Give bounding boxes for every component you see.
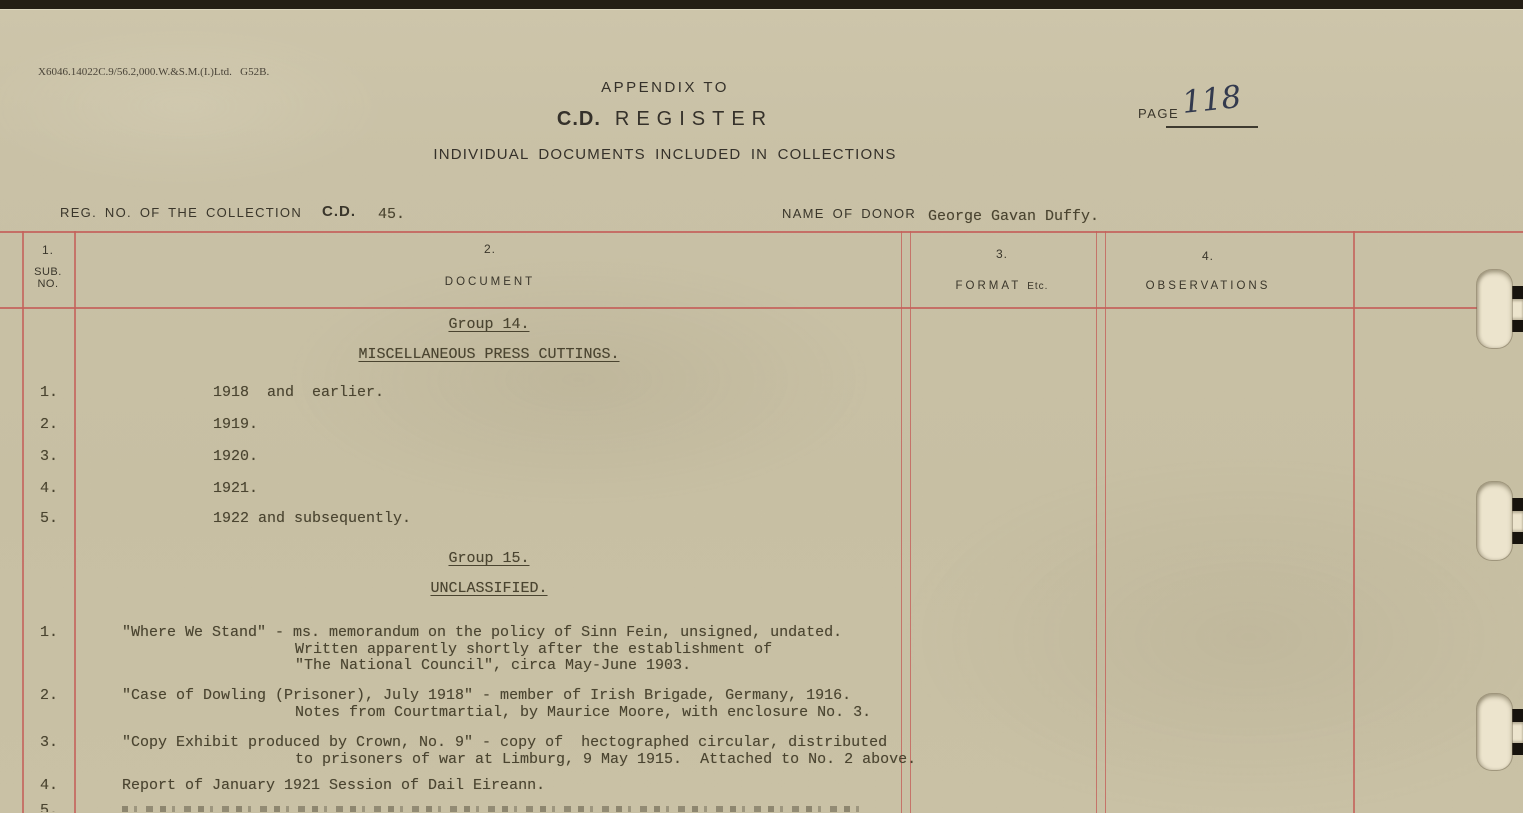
binder-tab <box>1477 270 1512 348</box>
clipped-entry-row: 5. <box>0 802 1523 812</box>
entry-sub-no: 5. <box>40 802 58 812</box>
entry-sub-no: 2. <box>40 687 58 704</box>
scanned-register-page: X6046.14022C.9/56.2,000.W.&S.M.(I.)Ltd. … <box>0 0 1523 813</box>
entry-line: "Copy Exhibit produced by Crown, No. 9" … <box>122 734 887 751</box>
entry-line: 1918 and earlier. <box>213 384 384 401</box>
group-heading: Group 15. <box>75 550 903 567</box>
entry-sub-no: 3. <box>40 734 58 751</box>
entry-sub-no: 4. <box>40 777 58 794</box>
table-left-rule <box>22 231 24 813</box>
title-subtitle: INDIVIDUAL DOCUMENTS INCLUDED IN COLLECT… <box>380 146 950 163</box>
col3-label: FORMAT Etc. <box>902 280 1102 292</box>
title-register-word: REGISTER <box>615 108 773 130</box>
group-heading: Group 14. <box>75 316 903 333</box>
binder-tab <box>1477 694 1512 770</box>
reg-no-label: REG. NO. OF THE COLLECTION <box>60 205 302 220</box>
reg-cd-abbrev: C.D. <box>322 203 356 220</box>
group-heading-text: Group 14. <box>448 316 529 333</box>
col1-number: 1. <box>30 243 66 257</box>
group-subheading: MISCELLANEOUS PRESS CUTTINGS. <box>75 346 903 363</box>
donor-label: NAME OF DONOR <box>782 206 916 221</box>
entry-line: to prisoners of war at Limburg, 9 May 19… <box>295 751 916 768</box>
entry-sub-no: 4. <box>40 480 58 497</box>
entry-line: "Where We Stand" - ms. memorandum on the… <box>122 624 842 641</box>
entry-line: "The National Council", circa May-June 1… <box>295 657 691 674</box>
col2-number: 2. <box>460 242 520 256</box>
entry-line: 1922 and subsequently. <box>213 510 411 527</box>
entry-line: 1920. <box>213 448 258 465</box>
entry-sub-no: 3. <box>40 448 58 465</box>
entry-sub-no: 2. <box>40 416 58 433</box>
title-cd-register: C.D.REGISTER <box>400 108 930 131</box>
entry-sub-no: 5. <box>40 510 58 527</box>
header-bottom-rule <box>0 307 1523 309</box>
entry-line: 1919. <box>213 416 258 433</box>
group-subheading: UNCLASSIFIED. <box>75 580 903 597</box>
entry-line: "Case of Dowling (Prisoner), July 1918" … <box>122 687 851 704</box>
col4-label: OBSERVATIONS <box>1108 280 1308 292</box>
col3-number: 3. <box>972 247 1032 261</box>
entry-line: 1921. <box>213 480 258 497</box>
right-column-rule <box>1353 231 1355 813</box>
page-number-handwritten: 118 <box>1180 79 1243 121</box>
group-heading-text: Group 15. <box>448 550 529 567</box>
clipped-typed-line <box>122 806 862 812</box>
title-cd-abbrev: C.D. <box>557 108 601 130</box>
table-top-rule <box>0 231 1523 233</box>
reg-number-typed: 45. <box>378 206 405 223</box>
entry-line: Report of January 1921 Session of Dail E… <box>122 777 545 794</box>
title-appendix-to: APPENDIX TO <box>400 79 930 96</box>
entry-sub-no: 1. <box>40 384 58 401</box>
printer-reference: X6046.14022C.9/56.2,000.W.&S.M.(I.)Ltd. … <box>38 66 269 78</box>
col2-label: DOCUMENT <box>390 276 590 288</box>
page-number-underline <box>1166 126 1258 128</box>
entry-line: Written apparently shortly after the est… <box>295 641 772 658</box>
page-label: PAGE <box>1138 106 1179 121</box>
binder-tab <box>1477 482 1512 560</box>
col1-label: SUB. NO. <box>26 266 70 290</box>
col4-number: 4. <box>1178 249 1238 263</box>
group-subheading-text: MISCELLANEOUS PRESS CUTTINGS. <box>358 346 619 363</box>
donor-name-typed: George Gavan Duffy. <box>928 208 1099 225</box>
entry-line: Notes from Courtmartial, by Maurice Moor… <box>295 704 871 721</box>
group-subheading-text: UNCLASSIFIED. <box>430 580 547 597</box>
observations-column-rule <box>1096 231 1106 813</box>
entry-sub-no: 1. <box>40 624 58 641</box>
